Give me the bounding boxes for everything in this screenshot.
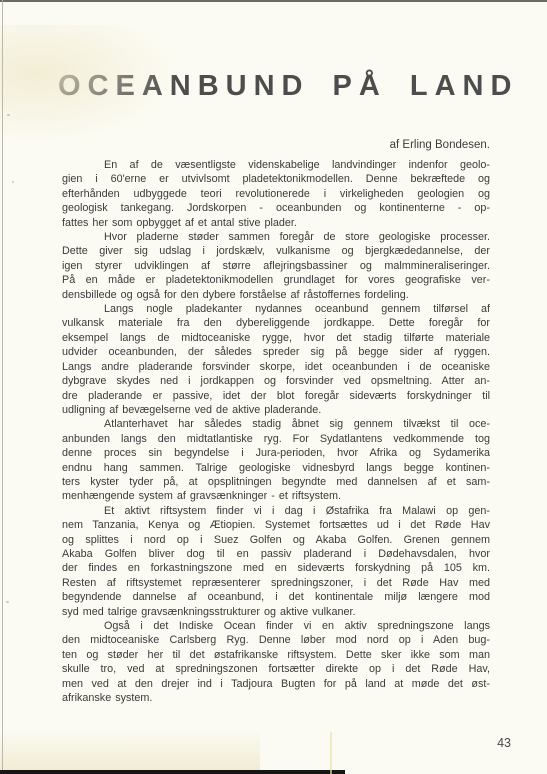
text-line: geologisk tankegang. Jordskorpen - ocean…	[62, 201, 490, 215]
text-line: syd med talrige gravsænkningsstrukturer …	[62, 605, 490, 619]
text-line: ters kyster tyder på, at opsplitningen b…	[62, 475, 490, 489]
text-line: nem Tanzania, Kenya og Ætiopien. Systeme…	[62, 518, 490, 532]
text-line: den midtoceaniske Carlsberg Ryg. Denne l…	[62, 633, 490, 647]
text-line: anbunden langs den midtatlantiske ryg. F…	[62, 432, 490, 446]
text-line: igen styrer udviklingen af større aflejr…	[62, 259, 490, 273]
text-line: En af de væsentligste videnskabelige lan…	[62, 158, 490, 172]
text-line: afrikanske system.	[62, 691, 490, 705]
scan-bar-bottom	[0, 770, 345, 774]
text-line: men ved at den drejer ind i Tadjoura Bug…	[62, 677, 490, 691]
text-line: Hvor pladerne støder sammen foregår de s…	[62, 230, 490, 244]
scan-speck	[6, 601, 9, 603]
text-line: der findes en forkastningszone med en si…	[62, 561, 490, 575]
text-line: Resten af riftsystemet repræsenterer spr…	[62, 576, 490, 590]
text-line: skulle tro, ved at spredningszonen forts…	[62, 662, 490, 676]
text-line: Også i det Indiske Ocean finder vi en ak…	[62, 619, 490, 633]
text-line: vulkansk materiale fra den dybereliggend…	[62, 316, 490, 330]
text-line: Atlanterhavet har således stadig åbnet s…	[62, 417, 490, 431]
text-line: Dette giver sig udslag i jordskælv, vulk…	[62, 244, 490, 258]
text-line: densbillede og også for den dybere forst…	[62, 288, 490, 302]
document-page: OCEANBUND PÅ LAND af Erling Bondesen. En…	[0, 0, 547, 774]
text-line: endnu hang sammen. Talrige geologiske vi…	[62, 461, 490, 475]
scan-edge-left	[2, 0, 3, 774]
text-line: ten og støder her til det østafrikanske …	[62, 648, 490, 662]
text-line: menhængende system af gravsænkninger - e…	[62, 489, 490, 503]
scan-edge-top	[0, 0, 547, 2]
text-line: eksempel langs de midtoceaniske rygge, h…	[62, 331, 490, 345]
text-line: Langs nogle pladekanter nydannes oceanbu…	[62, 302, 490, 316]
text-line: denne proces sin begyndelse i Jura-perio…	[62, 446, 490, 460]
text-line: Et aktivt riftsystem finder vi i dag i Ø…	[62, 504, 490, 518]
scan-crease	[330, 732, 332, 774]
byline: af Erling Bondesen.	[0, 138, 490, 152]
article: En af de væsentligste videnskabelige lan…	[62, 158, 490, 705]
page-number: 43	[497, 736, 511, 750]
text-line: gien i 60'erne er utvivlsomt pladetekton…	[62, 172, 490, 186]
text-line: Akaba Golfen bliver dog til en passiv pl…	[62, 547, 490, 561]
text-line: begyndende dannelse af oceanbund, i det …	[62, 590, 490, 604]
text-line: udligning af bevægelserne ved de aktive …	[62, 403, 490, 417]
text-line: Langs andre pladerande forsvinder skorpe…	[62, 360, 490, 374]
scan-speck	[12, 181, 14, 183]
page-title: OCEANBUND PÅ LAND	[58, 70, 547, 102]
text-line: udvider oceanbunden, der således spreder…	[62, 345, 490, 359]
scan-shading-bottomleft	[0, 729, 260, 774]
text-line: dre pladerande er passive, idet der blot…	[62, 389, 490, 403]
text-line: dybgrave skydes ned i jordkappen og fors…	[62, 374, 490, 388]
text-line: og splittes i nord op i Suez Golfen og A…	[62, 533, 490, 547]
text-line: fattes her som opbygget af et antal stiv…	[62, 216, 490, 230]
scan-speck	[7, 114, 10, 116]
text-line: På en måde er pladetektonikmodellen grun…	[62, 273, 490, 287]
text-line: efterhånden udbyggede teori revolutioner…	[62, 187, 490, 201]
